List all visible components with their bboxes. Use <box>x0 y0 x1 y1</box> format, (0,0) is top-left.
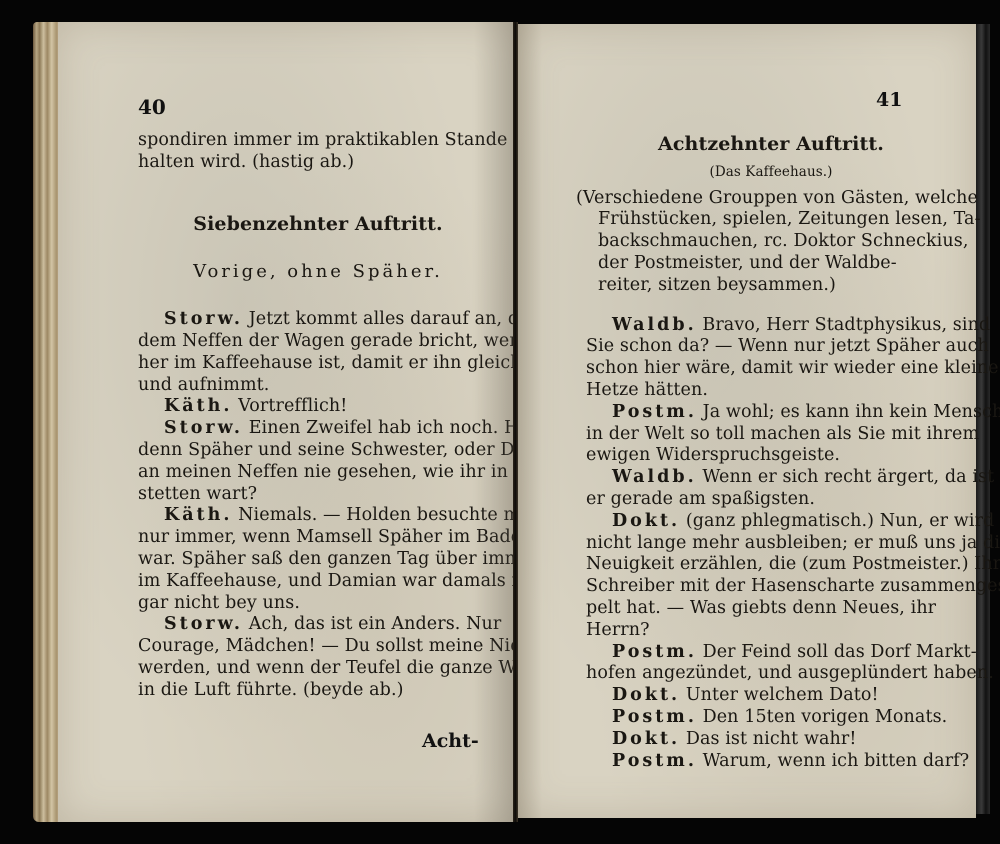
scene-heading: Achtzehnter Auftritt. <box>586 134 956 156</box>
dialogue-line: Waldb. Bravo, Herr Stadtphysikus, sind <box>586 315 956 337</box>
text-line: werden, und wenn der Teufel die ganze We… <box>138 658 498 680</box>
dialogue-line: Storw. Einen Zweifel hab ich noch. Hat <box>138 418 498 440</box>
dialogue-line: Dokt. Unter welchem Dato! <box>586 685 956 707</box>
dialogue-line: Käth. Niemals. — Holden besuchte mich <box>138 505 498 527</box>
speaker: Waldb. <box>612 467 697 487</box>
text-line: pelt hat. — Was giebts denn Neues, ihr <box>586 598 956 620</box>
dialogue-line: Postm. Den 15ten vorigen Monats. <box>586 707 956 729</box>
right-page: 41 Achtzehnter Auftritt. (Das Kaffeehaus… <box>518 24 976 818</box>
catchword: Acht- <box>422 730 479 752</box>
text-line: ewigen Widerspruchsgeiste. <box>586 445 956 467</box>
text-line: in die Luft führte. (beyde ab.) <box>138 680 498 702</box>
speaker: Dokt. <box>612 685 680 705</box>
right-page-text: Achtzehnter Auftritt. (Das Kaffeehaus.) … <box>586 132 956 772</box>
dialogue-line: Waldb. Wenn er sich recht ärgert, da ist <box>586 467 956 489</box>
text-line: und aufnimmt. <box>138 375 498 397</box>
dialogue-line: Dokt. (ganz phlegmatisch.) Nun, er wird <box>586 511 956 533</box>
speaker: Storw. <box>164 418 243 438</box>
text-line: er gerade am spaßigsten. <box>586 489 956 511</box>
speaker: Waldb. <box>612 315 697 335</box>
speaker: Postm. <box>612 751 697 771</box>
text-line: Sie schon da? — Wenn nur jetzt Späher au… <box>586 336 956 358</box>
text-line: nicht lange mehr ausbleiben; er muß uns … <box>586 533 956 555</box>
scene-location: (Das Kaffeehaus.) <box>586 162 956 184</box>
text-line: schon hier wäre, damit wir wieder eine k… <box>586 358 956 380</box>
text-line: stetten wart? <box>138 484 498 506</box>
text-line: halten wird. (hastig ab.) <box>138 152 498 174</box>
text-line: Hetze hätten. <box>586 380 956 402</box>
text-line: Courage, Mädchen! — Du sollst meine Nich… <box>138 636 498 658</box>
scene-heading: Siebenzehnter Auftritt. <box>138 214 498 236</box>
dialogue-line: Postm. Ja wohl; es kann ihn kein Mensch <box>586 402 956 424</box>
text-line: Herrn? <box>586 620 956 642</box>
speaker: Storw. <box>164 614 243 634</box>
page-number-left: 40 <box>138 95 166 119</box>
text-line: her im Kaffeehause ist, damit er ihn gle… <box>138 353 498 375</box>
dialogue-line: Postm. Der Feind soll das Dorf Markt- <box>586 642 956 664</box>
stage-direction-line: (Verschiedene Grouppen von Gästen, welch… <box>576 188 956 210</box>
open-book: 40 spondiren immer im praktikablen Stand… <box>0 0 1000 844</box>
speaker: Postm. <box>612 402 697 422</box>
left-page: 40 spondiren immer im praktikablen Stand… <box>58 22 514 822</box>
speaker: Käth. <box>164 396 232 416</box>
text-line: im Kaffeehause, und Damian war damals no… <box>138 571 498 593</box>
text-line: gar nicht bey uns. <box>138 593 498 615</box>
speaker: Dokt. <box>612 511 680 531</box>
dialogue-line: Dokt. Das ist nicht wahr! <box>586 729 956 751</box>
text-line: war. Späher saß den ganzen Tag über imme… <box>138 549 498 571</box>
text-line: nur immer, wenn Mamsell Späher im Bade <box>138 527 498 549</box>
speaker: Postm. <box>612 707 697 727</box>
text-line: hofen angezündet, und ausgeplündert habe… <box>586 663 956 685</box>
stage-direction-line: Frühstücken, spielen, Zeitungen lesen, T… <box>586 209 956 231</box>
text-line: dem Neffen der Wagen gerade bricht, wenn… <box>138 331 498 353</box>
dialogue-line: Storw. Ach, das ist ein Anders. Nur <box>138 614 498 636</box>
text-line: Neuigkeit erzählen, die (zum Postmeister… <box>586 554 956 576</box>
speaker: Postm. <box>612 642 697 662</box>
speaker: Käth. <box>164 505 232 525</box>
stage-direction-line: backschmauchen, rc. Doktor Schneckius, <box>586 231 956 253</box>
stage-direction-line: der Postmeister, und der Waldbe- <box>586 253 956 275</box>
text-line: Schreiber mit der Hasenscharte zusammeng… <box>586 576 956 598</box>
page-number-right: 41 <box>876 89 902 111</box>
dialogue-line: Postm. Warum, wenn ich bitten darf? <box>586 751 956 773</box>
text-line: spondiren immer im praktikablen Stande e… <box>138 130 498 152</box>
speaker: Storw. <box>164 309 243 329</box>
text-line: denn Späher und seine Schwester, oder Da… <box>138 440 498 462</box>
text-line: an meinen Neffen nie gesehen, wie ihr in… <box>138 462 498 484</box>
text-line: in der Welt so toll machen als Sie mit i… <box>586 424 956 446</box>
dialogue-line: Käth. Vortrefflich! <box>138 396 498 418</box>
stage-direction-line: reiter, sitzen beysammen.) <box>586 275 956 297</box>
speaker: Dokt. <box>612 729 680 749</box>
left-page-text: spondiren immer im praktikablen Stande e… <box>138 130 498 702</box>
dialogue-line: Storw. Jetzt kommt alles darauf an, daß <box>138 309 498 331</box>
scene-characters: Vorige, ohne Späher. <box>138 261 498 283</box>
